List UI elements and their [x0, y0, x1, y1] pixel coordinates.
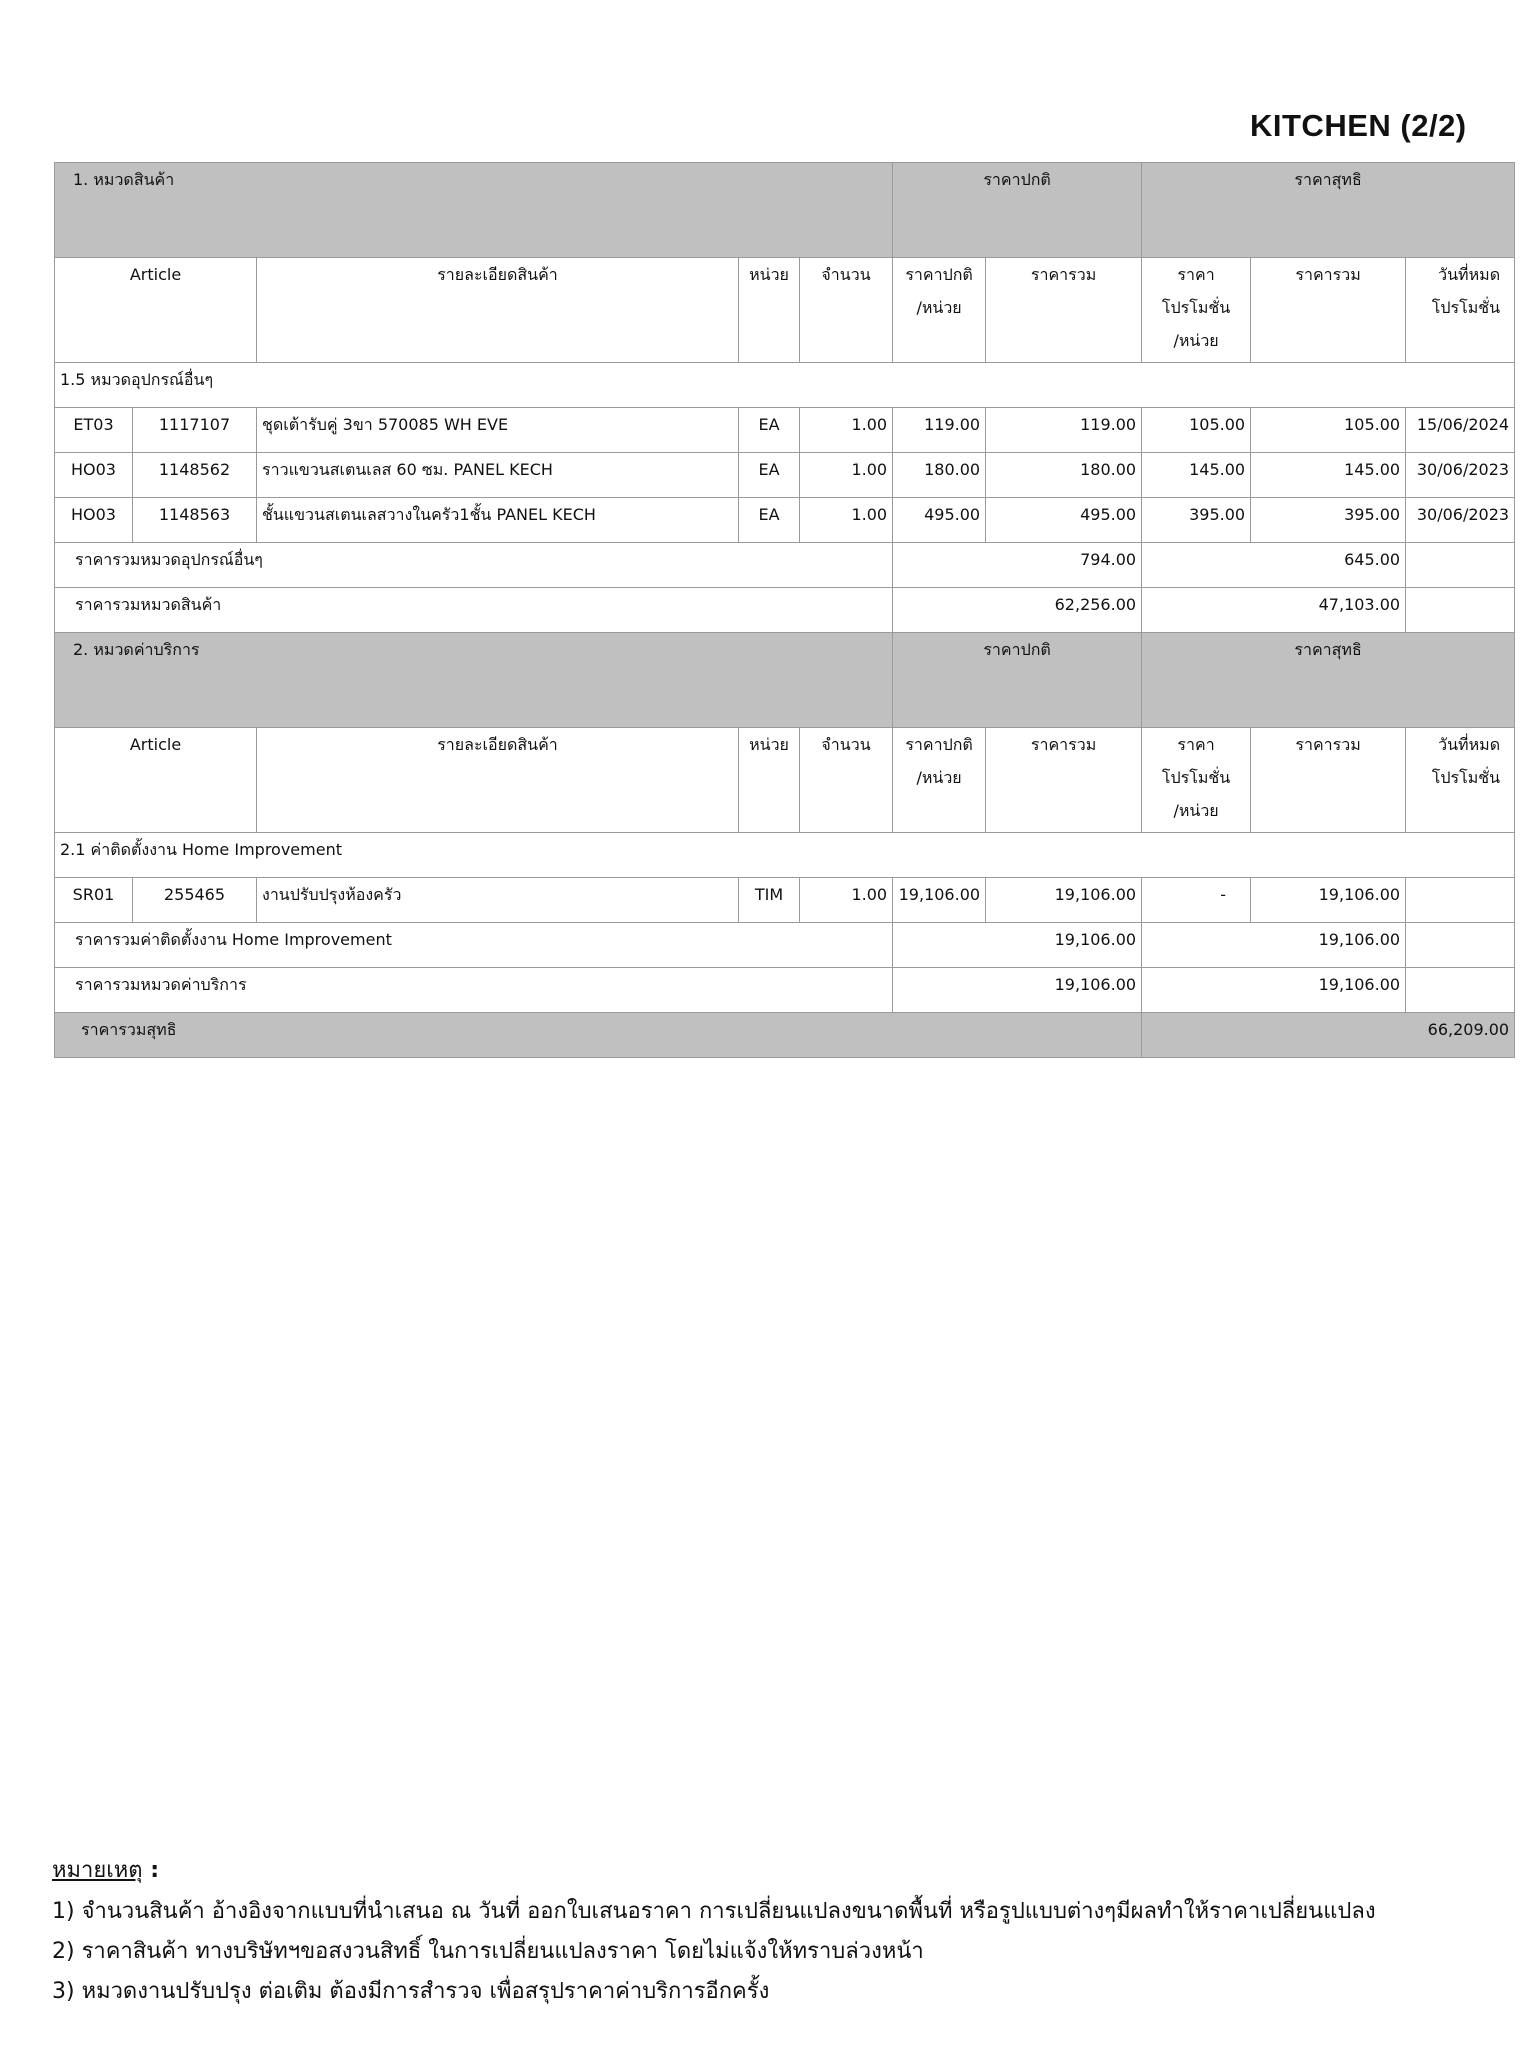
subtotal-row: ราคารวมค่าติดตั้งงาน Home Improvement 19… [55, 923, 1515, 968]
cell-promo-end [1406, 878, 1515, 923]
cell-regular-unit-price: 19,106.00 [893, 878, 986, 923]
note-item: 2) ราคาสินค้า ทางบริษัทฯขอสงวนสิทธิ์ ในก… [52, 1937, 1376, 1967]
table-row: HO03 1148562 ราวแขวนสเตนเลส 60 ซม. PANEL… [55, 453, 1515, 498]
col-article: Article [55, 728, 257, 833]
cell-article: 1148562 [133, 453, 257, 498]
table-row: ET03 1117107 ชุดเต้ารับคู่ 3ขา 570085 WH… [55, 408, 1515, 453]
cell-unit: EA [739, 453, 800, 498]
empty-cell [1406, 923, 1515, 968]
subtotal-net: 19,106.00 [1142, 923, 1406, 968]
cell-qty: 1.00 [800, 408, 893, 453]
cell-description: งานปรับปรุงห้องครัว [257, 878, 739, 923]
cell-promo-end: 30/06/2023 [1406, 453, 1515, 498]
empty-cell [1406, 968, 1515, 1013]
section-label: 1. หมวดสินค้า [55, 163, 893, 258]
page-title: KITCHEN (2/2) [1250, 108, 1467, 144]
col-promo-end: วันที่หมดโปรโมชั่น [1406, 728, 1515, 833]
empty-cell [1406, 543, 1515, 588]
subsection-label: 2.1 ค่าติดตั้งงาน Home Improvement [55, 833, 1515, 878]
cell-description: ชุดเต้ารับคู่ 3ขา 570085 WH EVE [257, 408, 739, 453]
cell-unit: TIM [739, 878, 800, 923]
section-total-row: ราคารวมหมวดสินค้า 62,256.00 47,103.00 [55, 588, 1515, 633]
cell-qty: 1.00 [800, 453, 893, 498]
col-regular-unit-price: ราคาปกติ/หน่วย [893, 258, 986, 363]
subtotal-row: ราคารวมหมวดอุปกรณ์อื่นๆ 794.00 645.00 [55, 543, 1515, 588]
col-regular-unit-price: ราคาปกติ/หน่วย [893, 728, 986, 833]
section-total-net: 19,106.00 [1142, 968, 1406, 1013]
notes: หมายเหตุ : 1) จำนวนสินค้า อ้างอิงจากแบบท… [52, 1852, 1376, 2007]
col-regular-total: ราคารวม [986, 258, 1142, 363]
col-promo-price: ราคาโปรโมชั่น/หน่วย [1142, 258, 1251, 363]
cell-qty: 1.00 [800, 878, 893, 923]
section-total-net: 47,103.00 [1142, 588, 1406, 633]
grand-total-row: ราคารวมสุทธิ 66,209.00 [55, 1013, 1515, 1058]
cell-promo-price: 105.00 [1142, 408, 1251, 453]
table-row: SR01 255465 งานปรับปรุงห้องครัว TIM 1.00… [55, 878, 1515, 923]
grand-total-label: ราคารวมสุทธิ [55, 1013, 1142, 1058]
section-total-label: ราคารวมหมวดสินค้า [55, 588, 893, 633]
col-unit: หน่วย [739, 258, 800, 363]
cell-qty: 1.00 [800, 498, 893, 543]
section-total-regular: 19,106.00 [893, 968, 1142, 1013]
notes-heading: หมายเหตุ : [52, 1852, 1376, 1887]
cell-article: 1148563 [133, 498, 257, 543]
cell-promo-price: 145.00 [1142, 453, 1251, 498]
cell-promo-end: 15/06/2024 [1406, 408, 1515, 453]
col-promo-price: ราคาโปรโมชั่น/หน่วย [1142, 728, 1251, 833]
column-headers: Article รายละเอียดสินค้า หน่วย จำนวน ราค… [55, 728, 1515, 833]
cell-regular-unit-price: 119.00 [893, 408, 986, 453]
subsection-row: 1.5 หมวดอุปกรณ์อื่นๆ [55, 363, 1515, 408]
group-net-price: ราคาสุทธิ [1142, 163, 1515, 258]
subtotal-label: ราคารวมค่าติดตั้งงาน Home Improvement [55, 923, 893, 968]
col-qty: จำนวน [800, 728, 893, 833]
section-header: 1. หมวดสินค้า ราคาปกติ ราคาสุทธิ [55, 163, 1515, 258]
column-headers: Article รายละเอียดสินค้า หน่วย จำนวน ราค… [55, 258, 1515, 363]
cell-net-total: 145.00 [1251, 453, 1406, 498]
cell-net-total: 19,106.00 [1251, 878, 1406, 923]
table-row: HO03 1148563 ชั้นแขวนสเตนเลสวางในครัว1ชั… [55, 498, 1515, 543]
cell-group: HO03 [55, 498, 133, 543]
quotation-table: 1. หมวดสินค้า ราคาปกติ ราคาสุทธิ Article… [54, 162, 1515, 1058]
subtotal-regular: 19,106.00 [893, 923, 1142, 968]
notes-colon: : [143, 1858, 159, 1883]
col-unit: หน่วย [739, 728, 800, 833]
cell-description: ชั้นแขวนสเตนเลสวางในครัว1ชั้น PANEL KECH [257, 498, 739, 543]
col-description: รายละเอียดสินค้า [257, 728, 739, 833]
cell-regular-total: 180.00 [986, 453, 1142, 498]
col-net-total: ราคารวม [1251, 728, 1406, 833]
subtotal-label: ราคารวมหมวดอุปกรณ์อื่นๆ [55, 543, 893, 588]
cell-regular-total: 19,106.00 [986, 878, 1142, 923]
cell-regular-total: 495.00 [986, 498, 1142, 543]
cell-regular-unit-price: 180.00 [893, 453, 986, 498]
col-qty: จำนวน [800, 258, 893, 363]
subtotal-regular: 794.00 [893, 543, 1142, 588]
col-description: รายละเอียดสินค้า [257, 258, 739, 363]
cell-promo-price: - [1142, 878, 1251, 923]
cell-regular-unit-price: 495.00 [893, 498, 986, 543]
section-total-label: ราคารวมหมวดค่าบริการ [55, 968, 893, 1013]
subsection-row: 2.1 ค่าติดตั้งงาน Home Improvement [55, 833, 1515, 878]
cell-group: ET03 [55, 408, 133, 453]
empty-cell [1406, 588, 1515, 633]
cell-net-total: 105.00 [1251, 408, 1406, 453]
subsection-label: 1.5 หมวดอุปกรณ์อื่นๆ [55, 363, 1515, 408]
cell-promo-price: 395.00 [1142, 498, 1251, 543]
cell-description: ราวแขวนสเตนเลส 60 ซม. PANEL KECH [257, 453, 739, 498]
group-net-price: ราคาสุทธิ [1142, 633, 1515, 728]
col-promo-end: วันที่หมดโปรโมชั่น [1406, 258, 1515, 363]
col-article: Article [55, 258, 257, 363]
notes-title: หมายเหตุ [52, 1858, 143, 1883]
subtotal-net: 645.00 [1142, 543, 1406, 588]
cell-unit: EA [739, 498, 800, 543]
grand-total-value: 66,209.00 [1142, 1013, 1515, 1058]
section-label: 2. หมวดค่าบริการ [55, 633, 893, 728]
cell-regular-total: 119.00 [986, 408, 1142, 453]
note-item: 3) หมวดงานปรับปรุง ต่อเติม ต้องมีการสำรว… [52, 1977, 1376, 2007]
cell-article: 255465 [133, 878, 257, 923]
cell-article: 1117107 [133, 408, 257, 453]
section-total-row: ราคารวมหมวดค่าบริการ 19,106.00 19,106.00 [55, 968, 1515, 1013]
cell-unit: EA [739, 408, 800, 453]
group-regular-price: ราคาปกติ [893, 633, 1142, 728]
cell-group: HO03 [55, 453, 133, 498]
cell-net-total: 395.00 [1251, 498, 1406, 543]
col-net-total: ราคารวม [1251, 258, 1406, 363]
cell-group: SR01 [55, 878, 133, 923]
group-regular-price: ราคาปกติ [893, 163, 1142, 258]
section-total-regular: 62,256.00 [893, 588, 1142, 633]
note-item: 1) จำนวนสินค้า อ้างอิงจากแบบที่นำเสนอ ณ … [52, 1897, 1376, 1927]
cell-promo-end: 30/06/2023 [1406, 498, 1515, 543]
col-regular-total: ราคารวม [986, 728, 1142, 833]
section-header: 2. หมวดค่าบริการ ราคาปกติ ราคาสุทธิ [55, 633, 1515, 728]
